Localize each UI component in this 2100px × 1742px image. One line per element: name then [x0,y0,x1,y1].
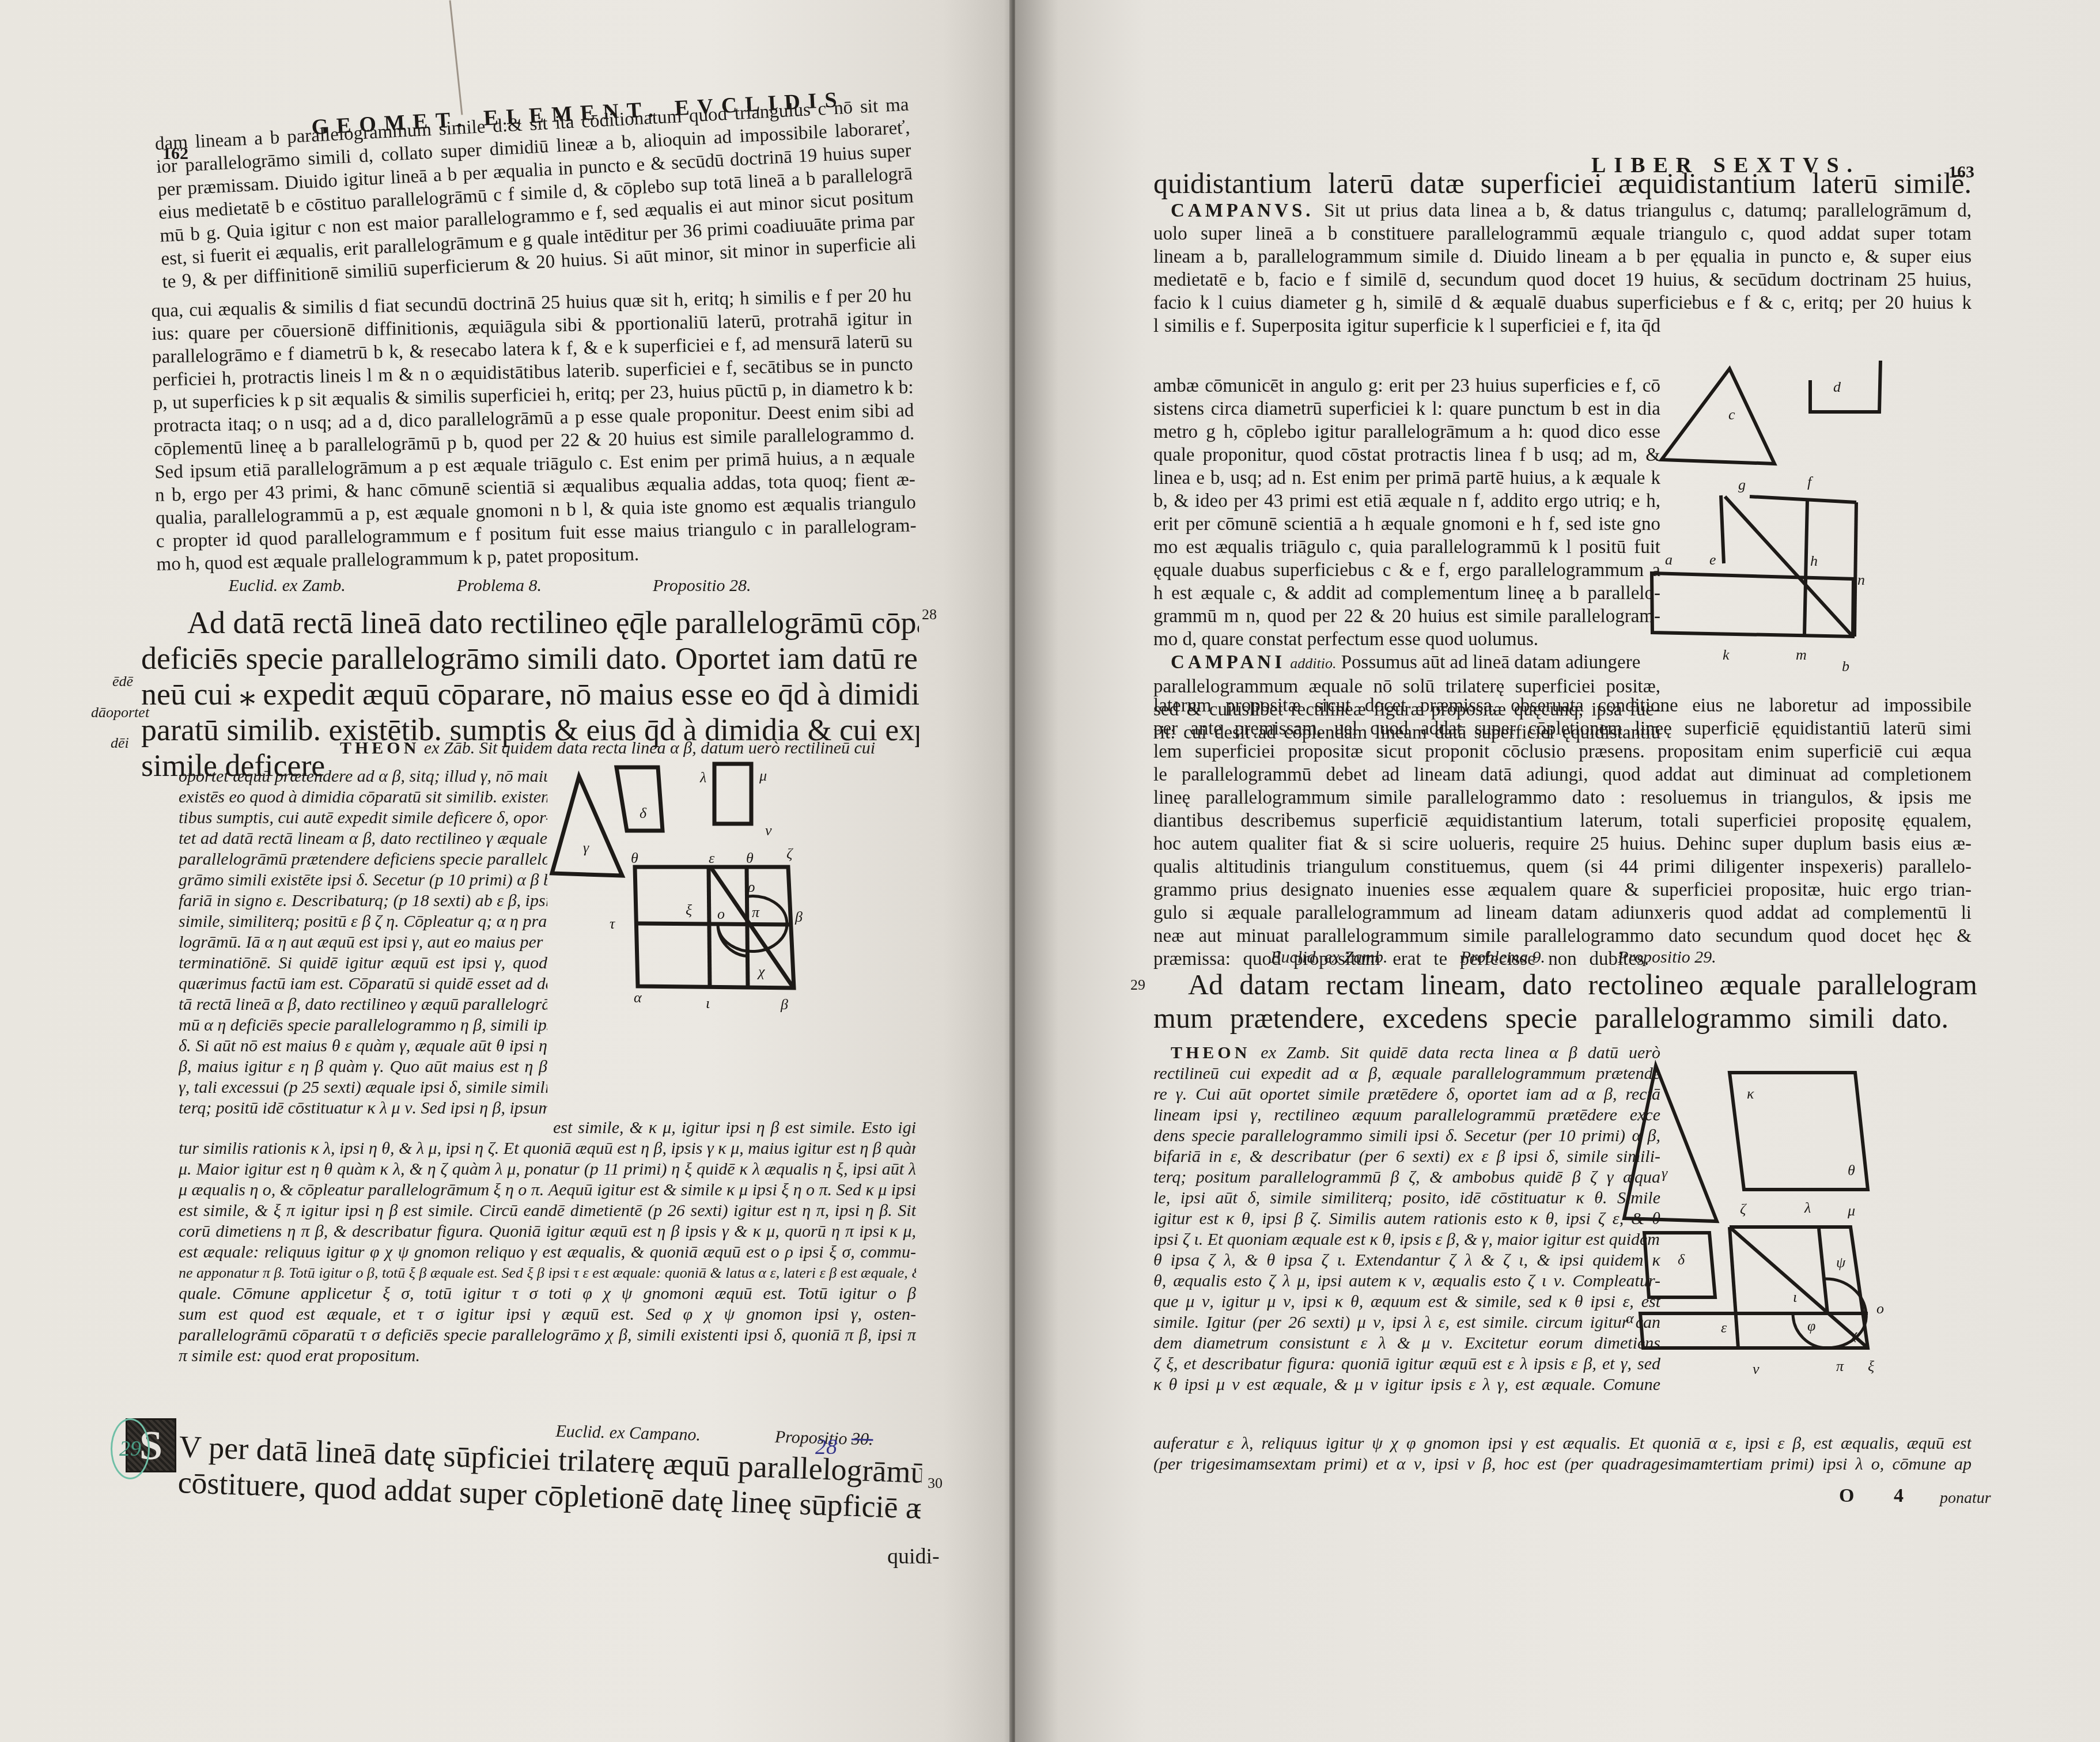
label-b: b [1842,658,1849,675]
theon-narrow-column-right: THEON ex Zamb. Sit quidē data recta line… [1153,1043,1660,1395]
theon-wide-column: est simile, & κ μ, igitur ipsi η β est s… [179,1118,916,1366]
campanus-narrow-column: ambæ cōmunicēt in angulo g: erit per 23 … [1153,374,1660,744]
catchword: quidi- [887,1544,940,1569]
text-line: tur similis rationis κ λ, ipsi η θ, & λ … [179,1138,916,1159]
text-line: lineę parallelogrammum simile parallelog… [1153,786,1972,809]
campanus-first-text: Sit ut prius data linea a b, & datus tri… [1324,200,1972,221]
text-line: deficiēs specie parallelogrāmo simili da… [141,641,919,676]
text-line: κ θ ipsi μ ν est æquale, & μ ν igitur ip… [1153,1374,1660,1395]
label-beta-bottom: β [780,996,788,1013]
text-line: mo d, quare constat perfectum esse quod … [1153,628,1660,651]
label-g: g [1738,476,1746,493]
text-line: β, maius igitur ε η β quàm γ. Quo aūt ma… [179,1056,547,1077]
label-lambda: λ [1804,1199,1811,1216]
label-psi: ψ [1836,1254,1846,1271]
text-line: lem superficiei propositæ sicut proponit… [1153,740,1972,763]
text-line: mum prætendere, excedens specie parallel… [1153,1001,1948,1035]
text-line: uolo super lineā a b constituere paralle… [1153,222,1972,245]
campani-wide-column: laterum propositæ sicut docet præmissa, … [1153,694,1972,971]
margin-note: dēi [111,734,129,752]
label-gamma: γ [583,839,589,856]
left-paragraph-1: dam lineam a b parallelogrammum simile d… [154,93,917,293]
section-heading-28: Euclid. ex Zamb. Problema 8. Propositio … [173,573,807,599]
margin-note: dāoportet [91,704,149,721]
label-xi: ξ [686,902,693,918]
text-line: sistens circa diametrū superficiei k l: … [1153,397,1660,421]
theon-wide-column-right: auferatur ε λ, reliquus igitur ψ χ φ gno… [1153,1433,1972,1475]
text-line: θ, æqualis esto ζ λ μ, ipsi autem κ ν, æ… [1153,1271,1660,1292]
text-line: Ad datam rectam lineam, dato rectolineo … [1153,968,1977,1001]
label-pi: π [1836,1358,1844,1374]
text-line: mo est æqualis triāgulo c, quia parallel… [1153,536,1660,559]
label-f: f [1807,474,1814,490]
text-line: b, & ideo per 43 primi est etiā æquale n… [1153,490,1660,513]
label-k: k [1723,646,1730,663]
text-line: ipsi ζ ι. Et quoniam æquale est κ θ, ips… [1153,1229,1660,1250]
text-line: igitur est κ θ, ipsi β ζ. Similis autem … [1153,1209,1660,1229]
label-zeta: ζ [786,845,793,862]
text-line: quale proponitur, quod cōstat protractis… [1153,444,1660,467]
text-line: ζ ξ, et describatur figura: quoniā igitu… [1153,1354,1660,1374]
problem-label: Problema 9. [1460,945,1545,970]
text-line: erit per cōmunē scientiā a h æquale gnom… [1153,513,1660,536]
text-line: dem diametrum consistunt ε λ & μ ν. Exci… [1153,1333,1660,1354]
margin-prop-number: 29 [1130,976,1145,994]
library-stamp: 29 [111,1418,150,1479]
text-line: grammo prius designato inuenies esse æqu… [1153,878,1972,902]
label-iota: ι [706,995,710,1012]
label-omicron: ο [1876,1300,1884,1317]
label-a: a [1665,551,1673,568]
text-line: est simile, & ξ π igitur ipsi η β est si… [179,1201,916,1221]
text-line: π simile est: quod erat propositum. [179,1346,916,1366]
additio-label: additio. [1290,655,1336,672]
text-line: auferatur ε λ, reliquus igitur ψ χ φ gno… [1153,1433,1972,1454]
figure-campanus: c d g f a e h n k m b [1643,357,1908,680]
label-lambda: λ [699,769,706,786]
figure-proposition-28: γ δ λ μ ν θ ε θ ζ ξ ο π ρ β τ α ι β χ [547,760,905,1118]
geometric-diagram: γ δ λ μ ν θ ε θ ζ ξ ο π ρ β τ α ι β χ [547,760,905,1118]
label-delta: δ [640,805,647,821]
label-c: c [1728,406,1735,423]
text-line: laterum propositæ sicut docet præmissa, … [1153,694,1972,717]
text-line: corū dimetiens η π β, & describatur figu… [179,1221,916,1242]
text-line: parallelogrāmū prætendere deficiens spec… [179,849,547,870]
text-line: simile. Igitur (per 26 sexti) μ ν, ipsi … [1153,1312,1660,1333]
theon-label: THEON [1171,1043,1250,1062]
campanus-first-line: CAMPANVS. Sit ut prius data linea a b, &… [1153,199,1972,222]
left-paragraph-1b: qua, cui æqualis & similis d fiat secund… [151,283,917,576]
theon-label: THEON [340,739,419,758]
text-line: quidistantium laterū datæ superficiei æq… [1153,167,1972,199]
label-d: d [1833,378,1841,395]
text-line: gulo si æquale parallelogrammum ad linea… [1153,902,1972,925]
text-line: medietatē e b, facio e f similē d, secun… [1153,268,1972,291]
text-line: ambæ cōmunicēt in angulo g: erit per 23 … [1153,374,1660,397]
text-line: lineam ipsi γ, rectilineo æquum parallel… [1153,1105,1660,1126]
text-line: quærimus factū iam est. Cōparatū si quid… [179,974,547,994]
section-heading-29: Euclid. ex Zamb. Problema 9. Propositio … [1234,945,1753,970]
text-line: Possumus aūt ad lineā datam adiungere [1341,652,1641,673]
text-line: ęquale duabus superficiebus c & e f, erg… [1153,559,1660,582]
margin-prop-number-30: 30 [928,1475,943,1492]
label-delta: δ [1678,1251,1685,1268]
label-nu: ν [765,822,772,839]
text-line: mū α η deficiēs specie parallelogrammo η… [179,1015,547,1036]
text-line: metro g h, cōplebo igitur parallelogrāmu… [1153,421,1660,444]
signature-mark: O 4 [1839,1485,1921,1507]
text-line: existēs eo quod à dimidia cōparatū sit s… [179,787,547,808]
theon-intro-text: ex Zāb. Sit quidem data recta linea α β,… [424,739,875,758]
label-epsilon: ε [709,850,715,866]
label-xi: ξ [1868,1358,1875,1374]
text-line: ex Zamb. Sit quidē data recta linea α β … [1261,1043,1660,1062]
text-line: terminatiōnē. Si quidē igitur æquū est i… [179,953,547,974]
text-line: bifariā in ε, & describatur (per 6 sexti… [1153,1146,1660,1167]
text-line: dens specie parallelogrammo simili ipsi … [1153,1126,1660,1146]
text-line: est æquale: reliquus igitur φ χ ψ gnomon… [179,1242,916,1263]
text-line: hoc autem qualiter fiat & si scire uolue… [1153,832,1972,855]
text-line: facio k l cuius diameter g h, similē d &… [1153,291,1972,315]
proposition-29-statement: Ad datam rectam lineam, dato rectolineo … [1153,968,1977,1035]
label-h: h [1810,552,1818,569]
label-pi: π [752,904,760,921]
label-m: m [1796,646,1807,663]
geometric-diagram: γ δ κ θ ζ λ μ ψ ι ο α ε φ χ ν π ξ [1614,1057,1914,1403]
text-line: simile, similiterq; positū ε β ζ η. Cōpl… [179,911,547,932]
label-chi: χ [756,963,765,980]
campani-label: CAMPANI [1171,652,1285,673]
label-epsilon: ε [1721,1319,1727,1336]
paper-crease [449,0,463,115]
text-line: que μ ν, igitur μ ν, ipsi κ θ, æquum est… [1153,1292,1660,1312]
text-line: terq; positum parallelogrammū β ζ, & amb… [1153,1167,1660,1188]
left-page: 162 GEOMET. ELEMENT. EVCLIDIS dam lineam… [0,0,1014,1742]
text-line: le, ipsi aūt δ, simile similiterq; posit… [1153,1188,1660,1209]
label-theta-2: θ [746,850,754,866]
proposition-label: Propositio 28. [653,573,751,599]
text-line: grāmo simili existēte ipsi δ. Secetur (p… [179,870,547,891]
campani-additio-line: CAMPANI additio. Possumus aūt ad lineā d… [1153,651,1660,675]
label-alpha: α [634,989,642,1006]
text-line: neū cui ⁎ expedit æquū cōparare, nō maiu… [141,676,919,712]
catchword: ponatur [1940,1489,1991,1508]
text-line: sum est quod est æquale, et τ σ igitur i… [179,1304,916,1325]
label-e: e [1709,551,1716,568]
proposition-label: Propositio 29. [1618,945,1716,970]
text-line: l similis e f. Superposita igitur superf… [1153,315,1660,338]
label-rho: ρ [747,878,755,895]
text-line: Ad datā rectā lineā dato rectilineo ęq̄l… [141,605,919,641]
text-line: terq; positū idē cōstituatur κ λ μ ν. Se… [179,1098,547,1119]
label-chi: χ [1849,1326,1857,1343]
label-n: n [1857,571,1865,588]
right-page: LIBER SEXTVS. 163 quidistantium laterū d… [1015,0,2100,1742]
printed-number: 30. [852,1429,873,1449]
label-alpha: α [1626,1310,1634,1327]
text-line: γ, tali excessui (p 25 sexti) æquale ips… [179,1077,547,1098]
text-line: per ante pręmissam, uel quod addat super… [1153,717,1972,740]
label-iota: ι [1793,1289,1797,1305]
label-nu: ν [1753,1361,1760,1377]
label-kappa: κ [1747,1085,1754,1102]
campanus-label: CAMPANVS. [1171,200,1314,221]
text-line: μ. Maior igitur est η θ quàm κ λ, & η ζ … [179,1159,916,1180]
text-line: ne apponatur π β. Totū igitur ο β, totū … [179,1263,916,1283]
label-tau: τ [610,915,616,932]
text-line: est simile, & κ μ, igitur ipsi η β est s… [179,1118,916,1138]
text-line: grammū m n, quod per 22 & 20 huius est s… [1153,605,1660,628]
text-line: lineam a b, parallelogrammum simile d. D… [1153,245,1972,268]
text-line: fariā in signo ε. Describaturq; (p 18 se… [179,891,547,911]
text-line: rectilineū cui expedit ad α β, æquale pa… [1153,1063,1660,1084]
text-line: le parallelogrammū debet ad lineam datā … [1153,763,1972,786]
text-line: (per trigesimamsextam primi) et α ν, ips… [1153,1454,1972,1475]
geometric-diagram: c d g f a e h n k m b [1643,357,1908,680]
source-label: Euclid. ex Zamb. [228,573,345,599]
text-line: diantibus describemus superficiē æquidis… [1153,809,1972,832]
text-line: tet ad datā rectā lineam α β, dato recti… [179,828,547,849]
right-opening: quidistantium laterū datæ superficiei æq… [1153,167,1972,338]
text-line: tibus sumptis, cui autē expedit simile d… [179,808,547,828]
figure-proposition-29: γ δ κ θ ζ λ μ ψ ι ο α ε φ χ ν π ξ [1614,1057,1914,1403]
text-line: tā rectā lineā α β, dato rectilineo γ æq… [179,994,547,1015]
text-line: quale. Cōmune applicetur ξ σ, totū igitu… [179,1283,916,1304]
label-mu: μ [1847,1202,1855,1219]
label-zeta: ζ [1740,1201,1747,1217]
text-line: neæ aut minuat parallelogrammum simile p… [1153,925,1972,948]
label-phi: φ [1807,1317,1815,1334]
text-line: qualis altitudinis triangulum constituem… [1153,855,1972,878]
text-line: linea e b, usq; ad n. Est enim per primā… [1153,467,1660,490]
label-theta: θ [631,850,638,866]
source-label: Euclid. ex Zamb. [1270,945,1387,970]
text-line: μ æqualis η ο, & cōpleatur parallelogrām… [179,1180,916,1201]
label-gamma: γ [1662,1165,1668,1181]
text-line: parallelogrāmū cōparatū τ σ deficiēs spe… [179,1325,916,1346]
text-line: oportet æquū prætendere ad α β, sitq; il… [179,766,547,787]
theon-intro: THEON ex Zāb. Sit quidem data recta line… [340,739,922,758]
margin-note: ēdē [112,673,133,690]
label-theta: θ [1848,1162,1855,1179]
label-beta-right: β [794,908,803,925]
label-mu: μ [759,767,767,784]
text-line: h est æquale c, & addit ad complementum … [1153,582,1660,605]
text-line: re γ. Cui aūt oportet simile prætēdere δ… [1153,1084,1660,1105]
margin-prop-number: 28 [922,606,937,623]
text-line: δ. Si aūt nō est maius θ ε quàm γ, æqual… [179,1036,547,1056]
theon-narrow-column: oportet æquū prætendere ad α β, sitq; il… [179,766,547,1119]
text-line: θ ipsa ζ λ, & θ ipsa ζ ι. Extendantur ζ … [1153,1250,1660,1271]
text-line: logrāmū. Iā α η aut æquū est ipsi γ, aut… [179,932,547,953]
label-omicron: ο [717,906,725,922]
problem-label: Problema 8. [457,573,542,599]
theon-first-line: THEON ex Zamb. Sit quidē data recta line… [1153,1043,1660,1063]
